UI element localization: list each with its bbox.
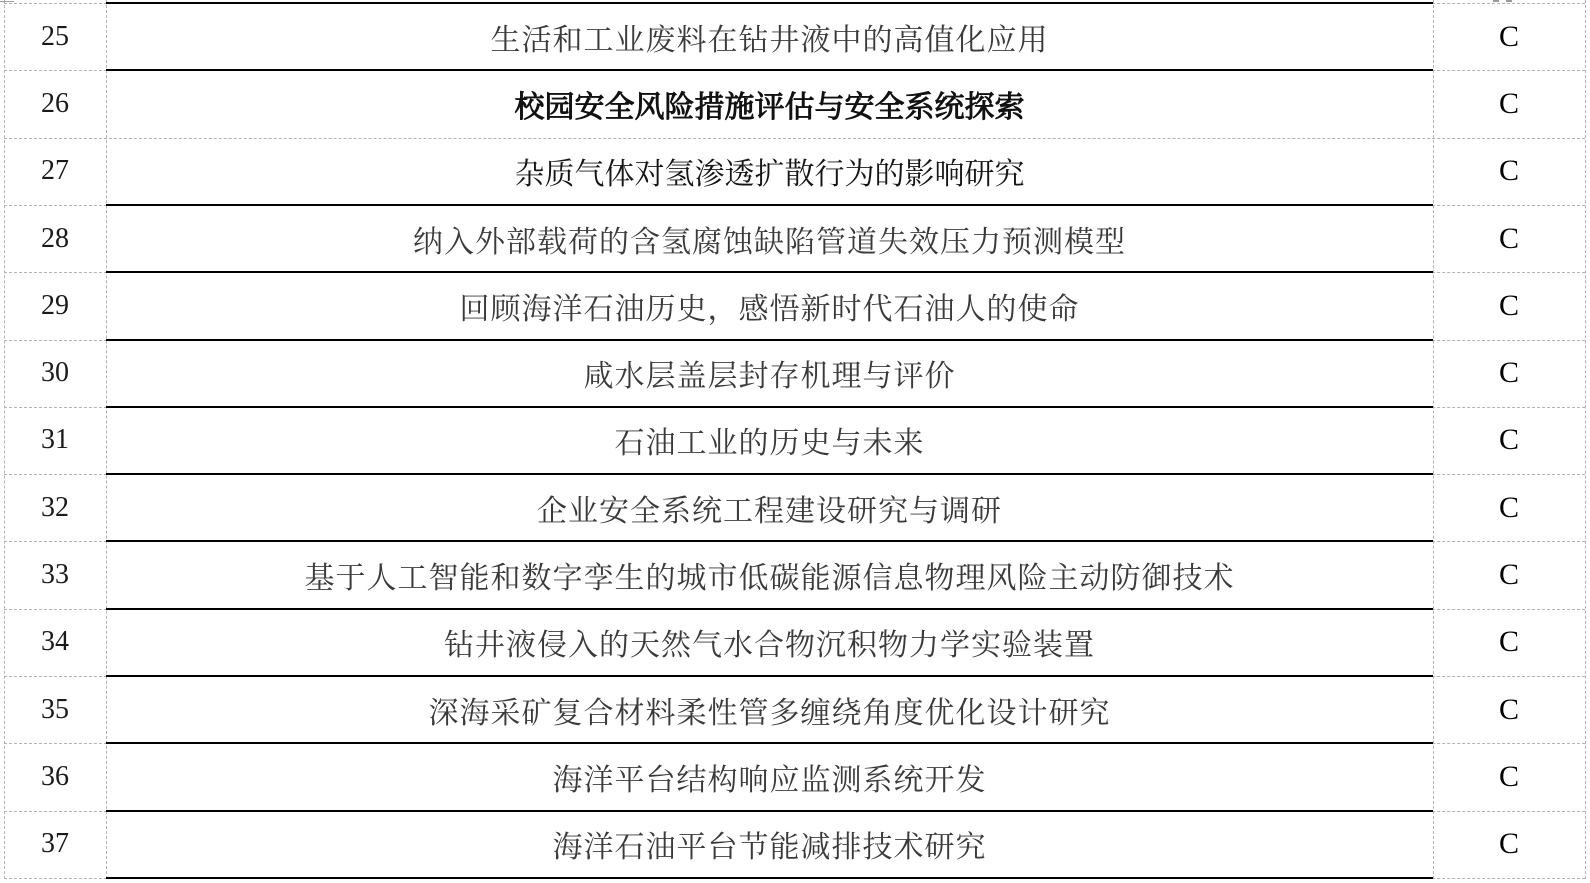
- row-number-cell[interactable]: 37: [4, 811, 106, 878]
- row-number-cell[interactable]: 31: [4, 407, 106, 474]
- grade-cell[interactable]: C: [1433, 272, 1585, 339]
- top-right-crop-artifact: [1493, 0, 1512, 2]
- table-row: 35 深海采矿复合材料柔性管多缠绕角度优化设计研究 C: [4, 676, 1585, 743]
- project-title-cell[interactable]: 石油工业的历史与未来: [106, 407, 1433, 474]
- row-number-cell[interactable]: 28: [4, 205, 106, 272]
- project-title-cell[interactable]: 钻井液侵入的天然气水合物沉积物力学实验装置: [106, 609, 1433, 676]
- table-row: 32 企业安全系统工程建设研究与调研 C: [4, 474, 1585, 541]
- grade-cell[interactable]: C: [1433, 340, 1585, 407]
- document-page: 25 生活和工业废料在钻井液中的高值化应用 C 26 校园安全风险措施评估与安全…: [0, 0, 1590, 883]
- project-title-cell[interactable]: 生活和工业废料在钻井液中的高值化应用: [106, 3, 1433, 70]
- grade-cell[interactable]: C: [1433, 407, 1585, 474]
- grade-cell[interactable]: C: [1433, 676, 1585, 743]
- project-title-cell[interactable]: 校园安全风险措施评估与安全系统探索: [106, 70, 1433, 137]
- table-row: 34 钻井液侵入的天然气水合物沉积物力学实验装置 C: [4, 609, 1585, 676]
- table-row: 28 纳入外部载荷的含氢腐蚀缺陷管道失效压力预测模型 C: [4, 205, 1585, 272]
- row-number-cell[interactable]: 33: [4, 541, 106, 608]
- table-row: 29 回顾海洋石油历史，感悟新时代石油人的使命 C: [4, 272, 1585, 339]
- row-number-cell[interactable]: 34: [4, 609, 106, 676]
- row-number-cell[interactable]: 32: [4, 474, 106, 541]
- row-number-cell[interactable]: 27: [4, 138, 106, 205]
- row-number-cell[interactable]: 36: [4, 743, 106, 810]
- top-left-crop-artifact: [0, 1, 14, 2]
- table-row: 31 石油工业的历史与未来 C: [4, 407, 1585, 474]
- table-row: 33 基于人工智能和数字孪生的城市低碳能源信息物理风险主动防御技术 C: [4, 541, 1585, 608]
- table-row: 37 海洋石油平台节能减排技术研究 C: [4, 811, 1585, 878]
- grade-cell[interactable]: C: [1433, 811, 1585, 878]
- table-row: 27 杂质气体对氢渗透扩散行为的影响研究 C: [4, 138, 1585, 205]
- grade-cell[interactable]: C: [1433, 70, 1585, 137]
- project-title-cell[interactable]: 回顾海洋石油历史，感悟新时代石油人的使命: [106, 272, 1433, 339]
- row-number-cell[interactable]: 25: [4, 3, 106, 70]
- grade-cell[interactable]: C: [1433, 205, 1585, 272]
- row-number-cell[interactable]: 30: [4, 340, 106, 407]
- grade-cell[interactable]: C: [1433, 609, 1585, 676]
- table-row: 25 生活和工业废料在钻井液中的高值化应用 C: [4, 3, 1585, 70]
- table-row: 30 咸水层盖层封存机理与评价 C: [4, 340, 1585, 407]
- project-title-cell[interactable]: 咸水层盖层封存机理与评价: [106, 340, 1433, 407]
- vertical-gridline: [1585, 0, 1586, 879]
- project-title-cell[interactable]: 基于人工智能和数字孪生的城市低碳能源信息物理风险主动防御技术: [106, 541, 1433, 608]
- project-title-cell[interactable]: 杂质气体对氢渗透扩散行为的影响研究: [106, 138, 1433, 205]
- table-row: 26 校园安全风险措施评估与安全系统探索 C: [4, 70, 1585, 137]
- grade-cell[interactable]: C: [1433, 541, 1585, 608]
- project-title-cell[interactable]: 海洋平台结构响应监测系统开发: [106, 743, 1433, 810]
- row-number-cell[interactable]: 35: [4, 676, 106, 743]
- project-title-cell[interactable]: 企业安全系统工程建设研究与调研: [106, 474, 1433, 541]
- project-title-cell[interactable]: 海洋石油平台节能减排技术研究: [106, 811, 1433, 878]
- table-row: 36 海洋平台结构响应监测系统开发 C: [4, 743, 1585, 810]
- row-number-cell[interactable]: 29: [4, 272, 106, 339]
- grade-cell[interactable]: C: [1433, 474, 1585, 541]
- row-number-cell[interactable]: 26: [4, 70, 106, 137]
- grade-cell[interactable]: C: [1433, 743, 1585, 810]
- grade-cell[interactable]: C: [1433, 3, 1585, 70]
- project-title-cell[interactable]: 深海采矿复合材料柔性管多缠绕角度优化设计研究: [106, 676, 1433, 743]
- grade-cell[interactable]: C: [1433, 138, 1585, 205]
- project-title-cell[interactable]: 纳入外部载荷的含氢腐蚀缺陷管道失效压力预测模型: [106, 205, 1433, 272]
